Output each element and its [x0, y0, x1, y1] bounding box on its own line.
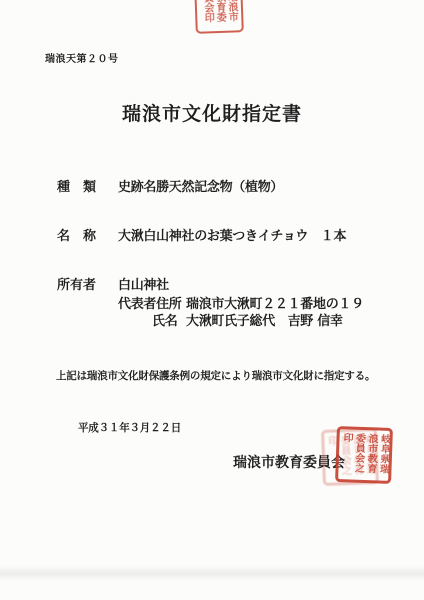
field-row-kind: 種 類史跡名勝天然記念物（植物） [57, 176, 283, 195]
field-value-kind: 史跡名勝天然記念物（植物） [118, 180, 283, 195]
designation-statement: 上記は瑞浪市文化財保護条例の規定により瑞浪市文化財に指定する。 [56, 368, 375, 383]
issuer-seal-text: 岐阜県瑞浪市教育委員会之印 [338, 432, 390, 478]
issue-date: 平成３１年３月２２日 [78, 420, 181, 435]
field-label-kind: 種 類 [57, 176, 118, 195]
document-number: 瑞浪天第２０号 [45, 50, 119, 65]
issuer-seal: 岐阜県瑞浪市教育委員会之印 [335, 426, 393, 484]
tally-seal-text: 瑞浪市教育委員会印 [200, 0, 237, 27]
representative-name-value: 大湫町氏子総代 吉野 信幸 [186, 314, 343, 329]
page-title: 瑞浪市文化財指定書 [0, 99, 424, 126]
scan-shadow-artifact [0, 565, 424, 581]
field-label-name: 名 称 [57, 225, 118, 244]
field-row-name: 名 称大湫白山神社のお葉つきイチョウ １本 [57, 225, 346, 244]
field-row-owner: 所有者白山神社 [57, 274, 169, 293]
representative-name-row: 氏名大湫町氏子総代 吉野 信幸 [152, 310, 343, 329]
representative-name-label: 氏名 [152, 310, 186, 329]
field-label-owner: 所有者 [57, 274, 118, 293]
field-value-owner: 白山神社 [118, 278, 169, 293]
tally-seal: 瑞浪市教育委員会印 [194, 0, 244, 34]
field-value-name: 大湫白山神社のお葉つきイチョウ １本 [118, 229, 346, 244]
certificate-page: 瑞浪市教育委員会印 瑞浪天第２０号 瑞浪市文化財指定書 種 類史跡名勝天然記念物… [0, 0, 424, 600]
